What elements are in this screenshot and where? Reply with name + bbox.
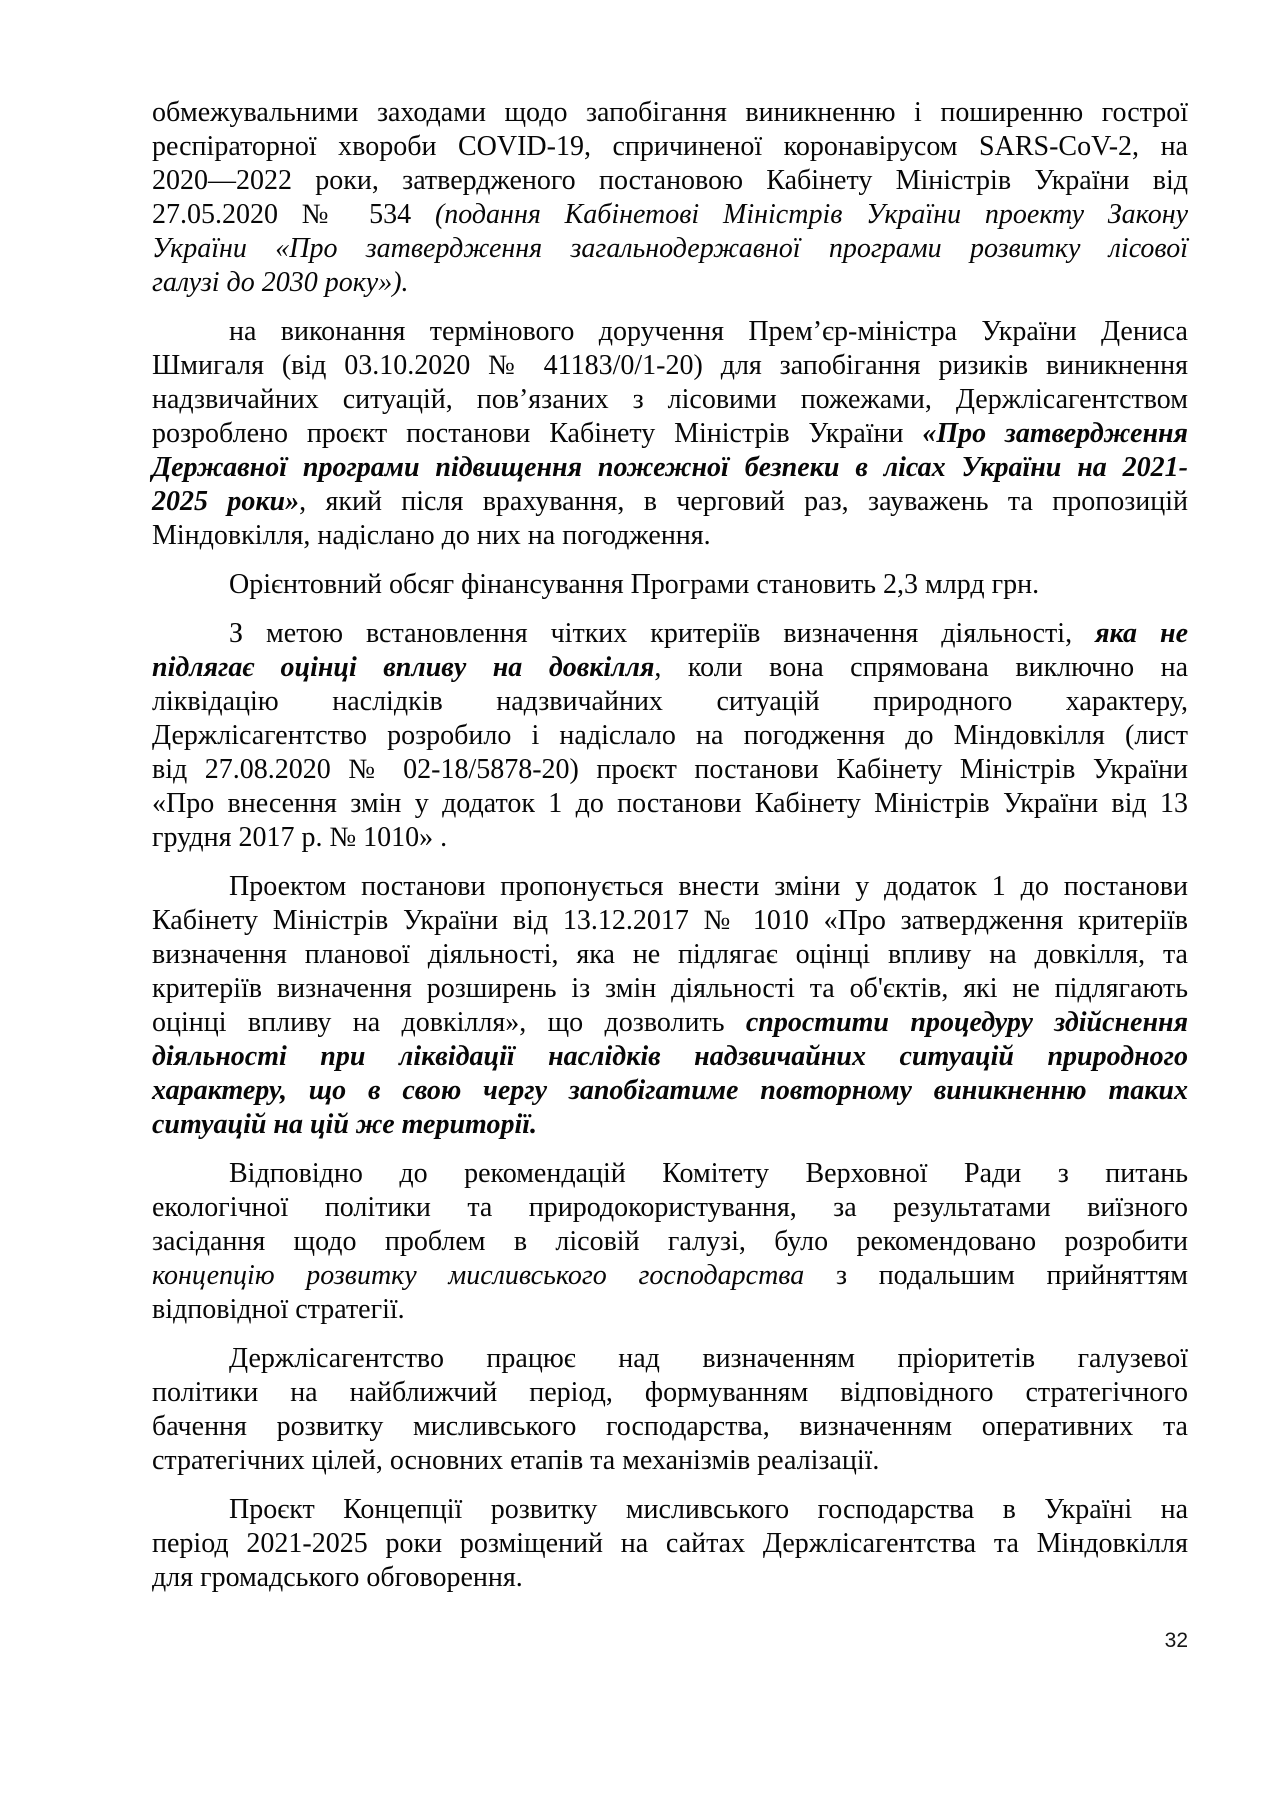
text-line: Держлісагентство розробило і надіслало н… [152, 719, 1188, 753]
text-line: Держлісагентство працює над визначенням … [152, 1342, 1188, 1376]
text-segment: Орієнтовний обсяг фінансування Програми … [229, 569, 1039, 600]
text-segment: Держлісагентство розробило і надіслало н… [152, 720, 1188, 751]
text-line: Державної програми підвищення пожежної б… [152, 451, 1188, 485]
text-segment: з подальшим прийняттям [804, 1260, 1188, 1291]
paragraph: З метою встановлення чітких критеріїв ви… [152, 617, 1188, 855]
page-number: 32 [1165, 1628, 1188, 1654]
text-segment: , який після врахування, в черговий раз,… [299, 486, 1188, 517]
text-segment: діяльності при ліквідації наслідків надз… [152, 1041, 1188, 1072]
text-segment: на виконання термінового доручення Прем’… [229, 316, 1188, 347]
text-line: діяльності при ліквідації наслідків надз… [152, 1040, 1188, 1074]
text-segment: ліквідацію наслідків надзвичайних ситуац… [152, 686, 1188, 717]
text-segment: оцінці впливу на довкілля», що дозволить [152, 1007, 746, 1038]
text-line: Відповідно до рекомендацій Комітету Верх… [152, 1157, 1188, 1191]
text-segment: надзвичайних ситуацій, пов’язаних з лісо… [152, 384, 1188, 415]
text-segment: характеру, що в свою чергу запобігатиме … [152, 1075, 1188, 1106]
paragraph: на виконання термінового доручення Прем’… [152, 315, 1188, 553]
paragraph: Орієнтовний обсяг фінансування Програми … [152, 568, 1188, 602]
text-segment: підлягає оцінці впливу на довкілля [152, 652, 654, 683]
text-segment: політики на найближчий період, формуванн… [152, 1377, 1188, 1408]
text-line: 2025 роки», який після врахування, в чер… [152, 485, 1188, 519]
text-line: Проєкт Концепції розвитку мисливського г… [152, 1493, 1188, 1527]
text-line: ліквідацію наслідків надзвичайних ситуац… [152, 685, 1188, 719]
paragraph: Проектом постанови пропонується внести з… [152, 870, 1188, 1142]
text-line: Шмигаля (від 03.10.2020 № 41183/0/1-20) … [152, 349, 1188, 383]
text-segment: Проєкт Концепції розвитку мисливського г… [229, 1494, 1188, 1525]
text-segment: (подання Кабінетові Міністрів України пр… [435, 199, 1188, 230]
text-segment: визначення планової діяльності, яка не п… [152, 939, 1188, 970]
text-segment: Кабінету Міністрів України від 13.12.201… [152, 905, 1188, 936]
text-line: грудня 2017 р. № 1010» . [152, 821, 1188, 855]
text-segment: Міндовкілля, надіслано до них на погодже… [152, 520, 711, 551]
text-line: галузі до 2030 року»). [152, 266, 1188, 300]
text-line: 27.05.2020 № 534 (подання Кабінетові Мін… [152, 198, 1188, 232]
paragraph: Відповідно до рекомендацій Комітету Верх… [152, 1157, 1188, 1327]
text-segment: спростити процедуру здійснення [746, 1007, 1188, 1038]
text-line: 2020—2022 роки, затвердженого постановою… [152, 164, 1188, 198]
text-line: визначення планової діяльності, яка не п… [152, 938, 1188, 972]
text-line: З метою встановлення чітких критеріїв ви… [152, 617, 1188, 651]
paragraph: обмежувальними заходами щодо запобігання… [152, 96, 1188, 300]
text-segment: грудня 2017 р. № 1010» . [152, 822, 447, 853]
text-line: підлягає оцінці впливу на довкілля, коли… [152, 651, 1188, 685]
text-segment: Шмигаля (від 03.10.2020 № 41183/0/1-20) … [152, 350, 1188, 381]
text-segment: засідання щодо проблем в лісовій галузі,… [152, 1226, 1188, 1257]
text-line: на виконання термінового доручення Прем’… [152, 315, 1188, 349]
text-segment: концепцію розвитку мисливського господар… [152, 1260, 804, 1291]
text-line: Орієнтовний обсяг фінансування Програми … [152, 568, 1188, 602]
text-line: період 2021-2025 роки розміщений на сайт… [152, 1527, 1188, 1561]
text-segment: критеріїв визначення розширень із змін д… [152, 973, 1188, 1004]
text-line: від 27.08.2020 № 02-18/5878-20) проєкт п… [152, 753, 1188, 787]
paragraph: Держлісагентство працює над визначенням … [152, 1342, 1188, 1478]
text-segment: ситуацій на цій же території. [152, 1109, 537, 1140]
text-segment: для громадського обговорення. [152, 1562, 523, 1593]
text-segment: яка не [1095, 618, 1188, 649]
text-line: надзвичайних ситуацій, пов’язаних з лісо… [152, 383, 1188, 417]
text-segment: «Про затвердження [922, 418, 1188, 449]
text-line: Проектом постанови пропонується внести з… [152, 870, 1188, 904]
text-line: Кабінету Міністрів України від 13.12.201… [152, 904, 1188, 938]
text-line: розроблено проєкт постанови Кабінету Мін… [152, 417, 1188, 451]
text-line: критеріїв визначення розширень із змін д… [152, 972, 1188, 1006]
text-segment: 2025 роки» [152, 486, 299, 517]
text-segment: розроблено проєкт постанови Кабінету Мін… [152, 418, 922, 449]
text-segment: З метою встановлення чітких критеріїв ви… [229, 618, 1095, 649]
text-line: характеру, що в свою чергу запобігатиме … [152, 1074, 1188, 1108]
document-page: обмежувальними заходами щодо запобігання… [0, 0, 1280, 1810]
text-segment: 27.05.2020 № 534 [152, 199, 435, 230]
text-segment: відповідної стратегії. [152, 1294, 405, 1325]
text-line: політики на найближчий період, формуванн… [152, 1376, 1188, 1410]
text-segment: України «Про затвердження загальнодержав… [152, 233, 1188, 264]
text-line: для громадського обговорення. [152, 1561, 1188, 1595]
text-line: обмежувальними заходами щодо запобігання… [152, 96, 1188, 130]
document-body: обмежувальними заходами щодо запобігання… [152, 96, 1188, 1595]
text-line: бачення розвитку мисливського господарст… [152, 1410, 1188, 1444]
text-segment: Держлісагентство працює над визначенням … [229, 1343, 1188, 1374]
text-segment: стратегічних цілей, основних етапів та м… [152, 1445, 879, 1476]
text-segment: 2020—2022 роки, затвердженого постановою… [152, 165, 1188, 196]
text-line: стратегічних цілей, основних етапів та м… [152, 1444, 1188, 1478]
text-segment: «Про внесення змін у додаток 1 до постан… [152, 788, 1188, 819]
text-line: відповідної стратегії. [152, 1293, 1188, 1327]
text-segment: респіраторної хвороби COVID-19, спричине… [152, 131, 1188, 162]
text-line: респіраторної хвороби COVID-19, спричине… [152, 130, 1188, 164]
text-line: України «Про затвердження загальнодержав… [152, 232, 1188, 266]
text-line: оцінці впливу на довкілля», що дозволить… [152, 1006, 1188, 1040]
text-line: концепцію розвитку мисливського господар… [152, 1259, 1188, 1293]
text-line: ситуацій на цій же території. [152, 1108, 1188, 1142]
text-segment: галузі до 2030 року»). [152, 267, 409, 298]
text-line: «Про внесення змін у додаток 1 до постан… [152, 787, 1188, 821]
text-line: Міндовкілля, надіслано до них на погодже… [152, 519, 1188, 553]
text-segment: екологічної політики та природокористува… [152, 1192, 1188, 1223]
text-line: екологічної політики та природокористува… [152, 1191, 1188, 1225]
text-segment: обмежувальними заходами щодо запобігання… [152, 97, 1188, 128]
text-segment: Відповідно до рекомендацій Комітету Верх… [229, 1158, 1188, 1189]
text-segment: період 2021-2025 роки розміщений на сайт… [152, 1528, 1188, 1559]
paragraph: Проєкт Концепції розвитку мисливського г… [152, 1493, 1188, 1595]
text-segment: від 27.08.2020 № 02-18/5878-20) проєкт п… [152, 754, 1188, 785]
text-line: засідання щодо проблем в лісовій галузі,… [152, 1225, 1188, 1259]
text-segment: , коли вона спрямована виключно на [654, 652, 1188, 683]
text-segment: бачення розвитку мисливського господарст… [152, 1411, 1188, 1442]
text-segment: Проектом постанови пропонується внести з… [229, 871, 1188, 902]
text-segment: Державної програми підвищення пожежної б… [152, 452, 1188, 483]
